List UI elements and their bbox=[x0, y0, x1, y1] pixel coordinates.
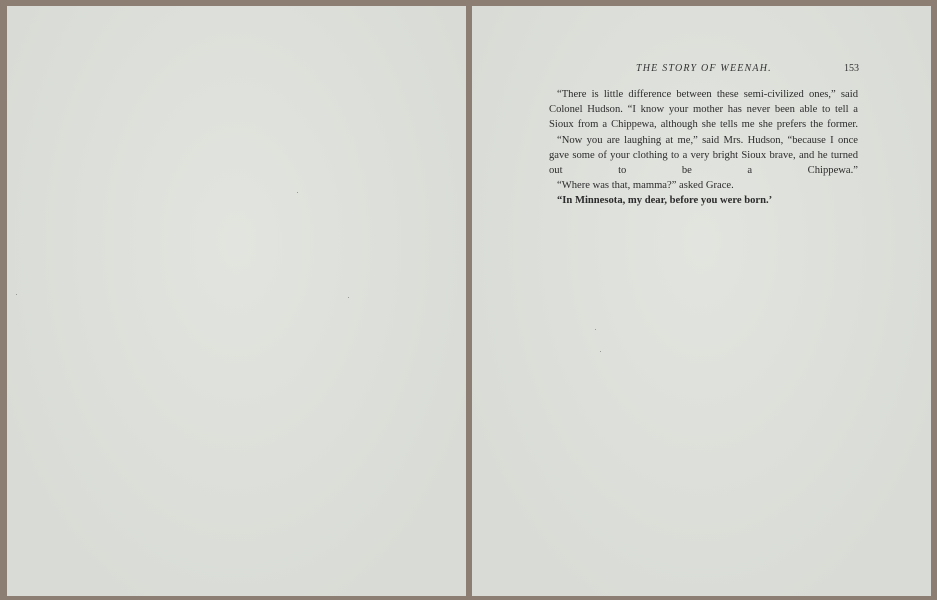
paper-speck bbox=[600, 351, 601, 352]
paragraph: “Where was that, mamma?” asked Grace. bbox=[549, 178, 858, 193]
paper-speck bbox=[297, 192, 298, 193]
paper-speck bbox=[595, 329, 596, 330]
right-page: THE STORY OF WEENAH. 153 “There is littl… bbox=[472, 6, 931, 596]
running-title: THE STORY OF WEENAH. bbox=[636, 63, 772, 74]
paper-speck bbox=[16, 294, 17, 295]
paper-speck bbox=[348, 297, 349, 298]
paragraph: “Now you are laughing at me,” said Mrs. … bbox=[549, 133, 858, 179]
paragraph: “In Minnesota, my dear, before you were … bbox=[549, 193, 858, 208]
paragraph: “There is little difference between thes… bbox=[549, 87, 858, 133]
page-number: 153 bbox=[844, 63, 859, 74]
left-page-blank bbox=[7, 6, 466, 596]
body-text: “There is little difference between thes… bbox=[549, 87, 858, 209]
